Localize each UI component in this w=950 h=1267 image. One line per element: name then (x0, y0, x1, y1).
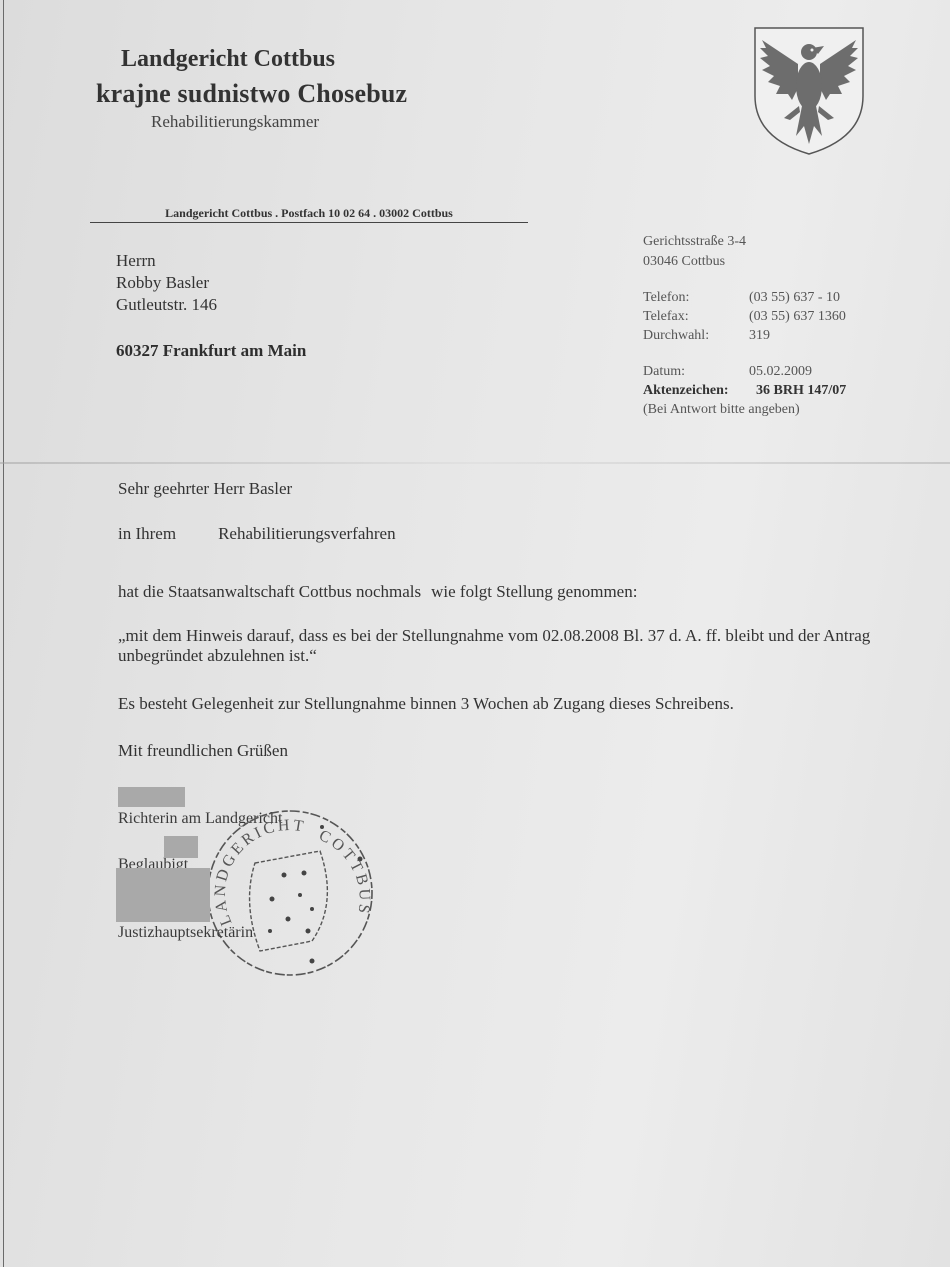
subject-line: in IhremRehabilitierungsverfahren (118, 524, 396, 544)
chamber-name: Rehabilitierungskammer (151, 112, 319, 132)
quoted-statement: „mit dem Hinweis darauf, dass es bei der… (118, 626, 908, 666)
court-name-sorbian: krajne sudnistwo Chosebuz (96, 79, 407, 109)
telefax-label: Telefax: (643, 309, 749, 325)
sender-return-address: Landgericht Cottbus . Postfach 10 02 64 … (90, 206, 528, 223)
subject: Rehabilitierungsverfahren (218, 524, 396, 543)
telefon-value: (03 55) 637 - 10 (749, 290, 840, 305)
svg-text:COTTBUS: COTTBUS (316, 827, 373, 917)
greeting: Sehr geehrter Herr Basler (118, 479, 292, 499)
redacted-clerk-name (116, 868, 210, 922)
subject-prefix: in Ihrem (118, 524, 176, 543)
redacted-judge-name (118, 787, 185, 807)
court-seal-stamp: LANDGERICHT COTTBUS (200, 803, 380, 983)
page-edge (3, 0, 4, 1267)
telefax-value: (03 55) 637 1360 (749, 309, 846, 324)
closing: Mit freundlichen Grüßen (118, 741, 288, 761)
redacted-signature (164, 836, 198, 858)
stamp-text-top: LANDGERICHT (212, 817, 308, 928)
datum-value: 05.02.2009 (749, 364, 812, 379)
datum-label: Datum: (643, 364, 749, 380)
telefax-row: Telefax:(03 55) 637 1360 (643, 309, 846, 325)
deadline-notice: Es besteht Gelegenheit zur Stellungnahme… (118, 694, 734, 714)
svg-text:LANDGERICHT: LANDGERICHT (212, 817, 308, 928)
recipient-salutation: Herrn (116, 250, 217, 272)
aktenzeichen-value: 36 BRH 147/07 (756, 383, 846, 398)
stamp-text-right: COTTBUS (316, 827, 373, 917)
statement-intro-b: wie folgt Stellung genommen: (431, 582, 637, 601)
recipient-address: Herrn Robby Basler Gutleutstr. 146 (116, 250, 217, 316)
coat-of-arms-icon (752, 26, 866, 156)
aktenzeichen-label: Aktenzeichen: (643, 383, 756, 399)
telefon-row: Telefon:(03 55) 637 - 10 (643, 290, 840, 306)
court-city: 03046 Cottbus (643, 254, 725, 270)
aktenzeichen-row: Aktenzeichen:36 BRH 147/07 (643, 383, 846, 399)
clerk-title: Justizhauptsekretärin (118, 924, 253, 942)
durchwahl-value: 319 (749, 328, 770, 343)
recipient-city: 60327 Frankfurt am Main (116, 341, 306, 361)
statement-intro: hat die Staatsanwaltschaft Cottbus nochm… (118, 582, 637, 602)
durchwahl-label: Durchwahl: (643, 328, 749, 344)
court-name: Landgericht Cottbus (121, 46, 335, 73)
datum-row: Datum:05.02.2009 (643, 364, 812, 380)
telefon-label: Telefon: (643, 290, 749, 306)
durchwahl-row: Durchwahl:319 (643, 328, 770, 344)
court-street: Gerichtsstraße 3-4 (643, 234, 746, 250)
reference-note: (Bei Antwort bitte angeben) (643, 402, 800, 418)
statement-intro-a: hat die Staatsanwaltschaft Cottbus nochm… (118, 582, 421, 601)
recipient-name: Robby Basler (116, 272, 217, 294)
paper-fold-line (0, 462, 950, 464)
recipient-street: Gutleutstr. 146 (116, 294, 217, 316)
